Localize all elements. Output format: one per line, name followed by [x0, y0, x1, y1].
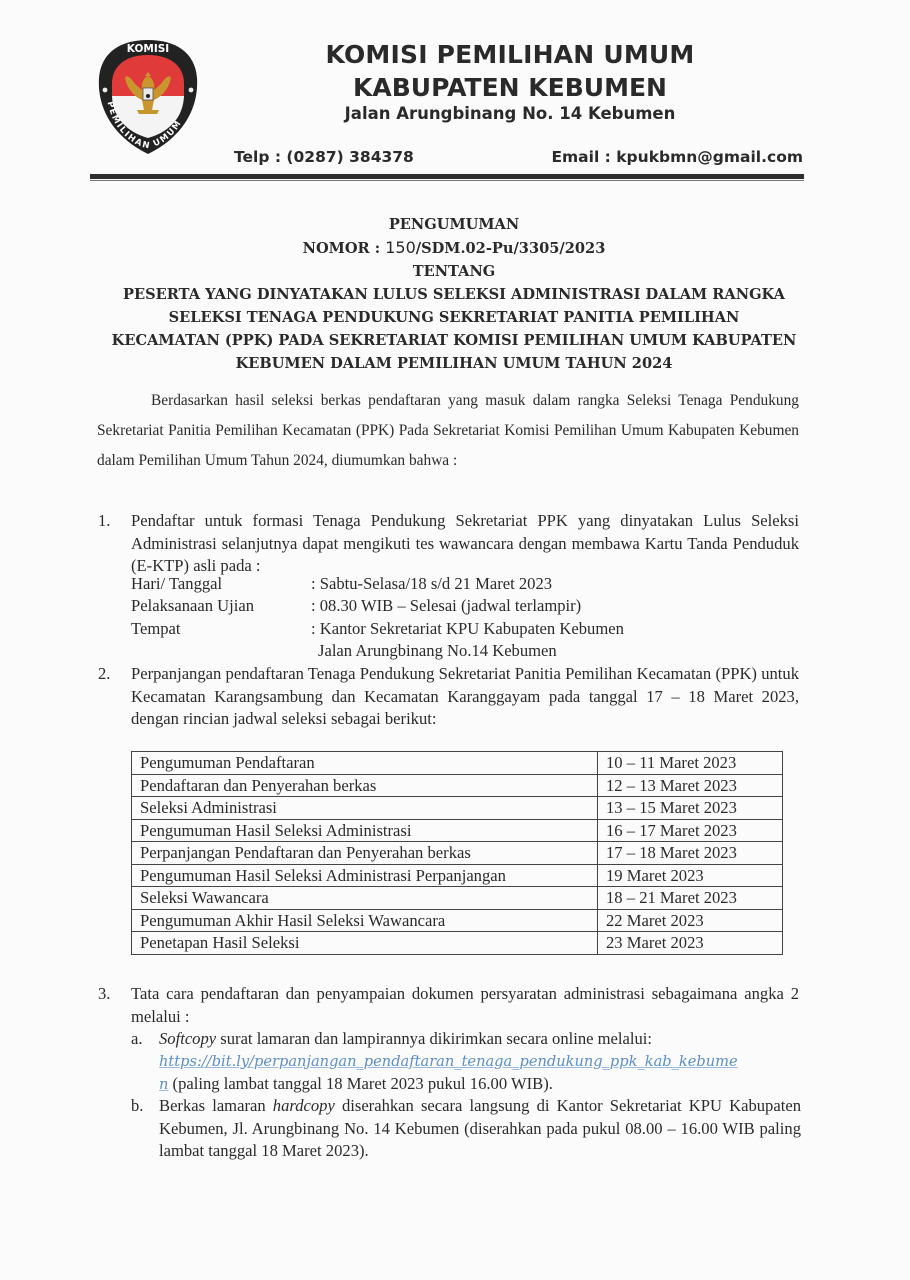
schedule-date: 19 Maret 2023 — [598, 864, 783, 887]
sub-item-b-text: Berkas lamaran hardcopy diserahkan secar… — [159, 1095, 801, 1163]
schedule-date: 10 – 11 Maret 2023 — [598, 752, 783, 775]
kpu-garuda-emblem-icon: KOMISI PEMILIHAN UMUM — [97, 38, 199, 156]
svg-text:KOMISI: KOMISI — [127, 43, 169, 55]
org-phone: Telp : (0287) 384378 — [234, 148, 414, 166]
table-row: Pengumuman Hasil Seleksi Administrasi16 … — [132, 819, 783, 842]
schedule-date: 13 – 15 Maret 2023 — [598, 797, 783, 820]
org-address: Jalan Arungbinang No. 14 Kebumen — [230, 104, 790, 123]
item-2-text: Perpanjangan pendaftaran Tenaga Pendukun… — [131, 663, 799, 731]
softcopy-link-end[interactable]: n — [159, 1076, 168, 1093]
table-row: Pengumuman Pendaftaran10 – 11 Maret 2023 — [132, 752, 783, 775]
sub-item-b-label: b. — [131, 1095, 143, 1118]
table-row: Perpanjangan Pendaftaran dan Penyerahan … — [132, 842, 783, 865]
schedule-activity: Pengumuman Pendaftaran — [132, 752, 598, 775]
schedule-date: 12 – 13 Maret 2023 — [598, 774, 783, 797]
item-1-text: Pendaftar untuk formasi Tenaga Pendukung… — [131, 510, 799, 578]
detail-row: Hari/ Tanggal: Sabtu-Selasa/18 s/d 21 Ma… — [131, 573, 552, 596]
detail-row: Jalan Arungbinang No.14 Kebumen — [131, 640, 557, 663]
table-row: Penetapan Hasil Seleksi23 Maret 2023 — [132, 932, 783, 955]
schedule-activity: Pengumuman Hasil Seleksi Administrasi Pe… — [132, 864, 598, 887]
intro-paragraph: Berdasarkan hasil seleksi berkas pendaft… — [97, 386, 799, 476]
detail-row: Tempat: Kantor Sekretariat KPU Kabupaten… — [131, 618, 624, 641]
schedule-activity: Pendaftaran dan Penyerahan berkas — [132, 774, 598, 797]
subject-line: KEBUMEN DALAM PEMILIHAN UMUM TAHUN 2024 — [92, 352, 816, 375]
table-row: Pengumuman Akhir Hasil Seleksi Wawancara… — [132, 909, 783, 932]
schedule-activity: Pengumuman Akhir Hasil Seleksi Wawancara — [132, 909, 598, 932]
org-region: KABUPATEN KEBUMEN — [230, 73, 790, 102]
sub-item-a-deadline: n (paling lambat tanggal 18 Maret 2023 p… — [159, 1073, 799, 1097]
schedule-activity: Penetapan Hasil Seleksi — [132, 932, 598, 955]
subject-line: KECAMATAN (PPK) PADA SEKRETARIAT KOMISI … — [92, 329, 816, 352]
softcopy-link-line1[interactable]: https://bit.ly/perpanjangan_pendaftaran_… — [159, 1050, 804, 1074]
detail-row: Pelaksanaan Ujian: 08.30 WIB – Selesai (… — [131, 595, 581, 618]
announcement-number: NOMOR : 150/SDM.02-Pu/3305/2023 — [92, 236, 816, 260]
announcement-heading: PENGUMUMAN NOMOR : 150/SDM.02-Pu/3305/20… — [92, 213, 816, 375]
subject-line: PESERTA YANG DINYATAKAN LULUS SELEKSI AD… — [92, 283, 816, 306]
item-3-text: Tata cara pendaftaran dan penyampaian do… — [131, 983, 799, 1028]
schedule-activity: Pengumuman Hasil Seleksi Administrasi — [132, 819, 598, 842]
announcement-tentang: TENTANG — [92, 260, 816, 283]
org-name: KOMISI PEMILIHAN UMUM — [230, 40, 790, 69]
org-email: Email : kpukbmn@gmail.com — [551, 148, 803, 166]
table-row: Seleksi Wawancara18 – 21 Maret 2023 — [132, 887, 783, 910]
subject-line: SELEKSI TENAGA PENDUKUNG SEKRETARIAT PAN… — [92, 306, 816, 329]
schedule-date: 17 – 18 Maret 2023 — [598, 842, 783, 865]
letterhead-divider — [90, 174, 804, 179]
schedule-activity: Perpanjangan Pendaftaran dan Penyerahan … — [132, 842, 598, 865]
softcopy-link[interactable]: https://bit.ly/perpanjangan_pendaftaran_… — [159, 1053, 738, 1070]
sub-item-a-text: Softcopy surat lamaran dan lampirannya d… — [159, 1028, 799, 1051]
kpu-logo: KOMISI PEMILIHAN UMUM — [97, 38, 199, 156]
table-row: Pendaftaran dan Penyerahan berkas12 – 13… — [132, 774, 783, 797]
schedule-table: Pengumuman Pendaftaran10 – 11 Maret 2023… — [131, 751, 783, 955]
schedule-date: 23 Maret 2023 — [598, 932, 783, 955]
schedule-activity: Seleksi Administrasi — [132, 797, 598, 820]
schedule-date: 22 Maret 2023 — [598, 909, 783, 932]
table-row: Seleksi Administrasi13 – 15 Maret 2023 — [132, 797, 783, 820]
table-row: Pengumuman Hasil Seleksi Administrasi Pe… — [132, 864, 783, 887]
sub-item-a-label: a. — [131, 1028, 143, 1051]
handwritten-number: 150 — [385, 238, 416, 257]
letterhead-divider-thin — [90, 180, 804, 181]
schedule-activity: Seleksi Wawancara — [132, 887, 598, 910]
schedule-date: 18 – 21 Maret 2023 — [598, 887, 783, 910]
schedule-date: 16 – 17 Maret 2023 — [598, 819, 783, 842]
announcement-title: PENGUMUMAN — [92, 213, 816, 236]
